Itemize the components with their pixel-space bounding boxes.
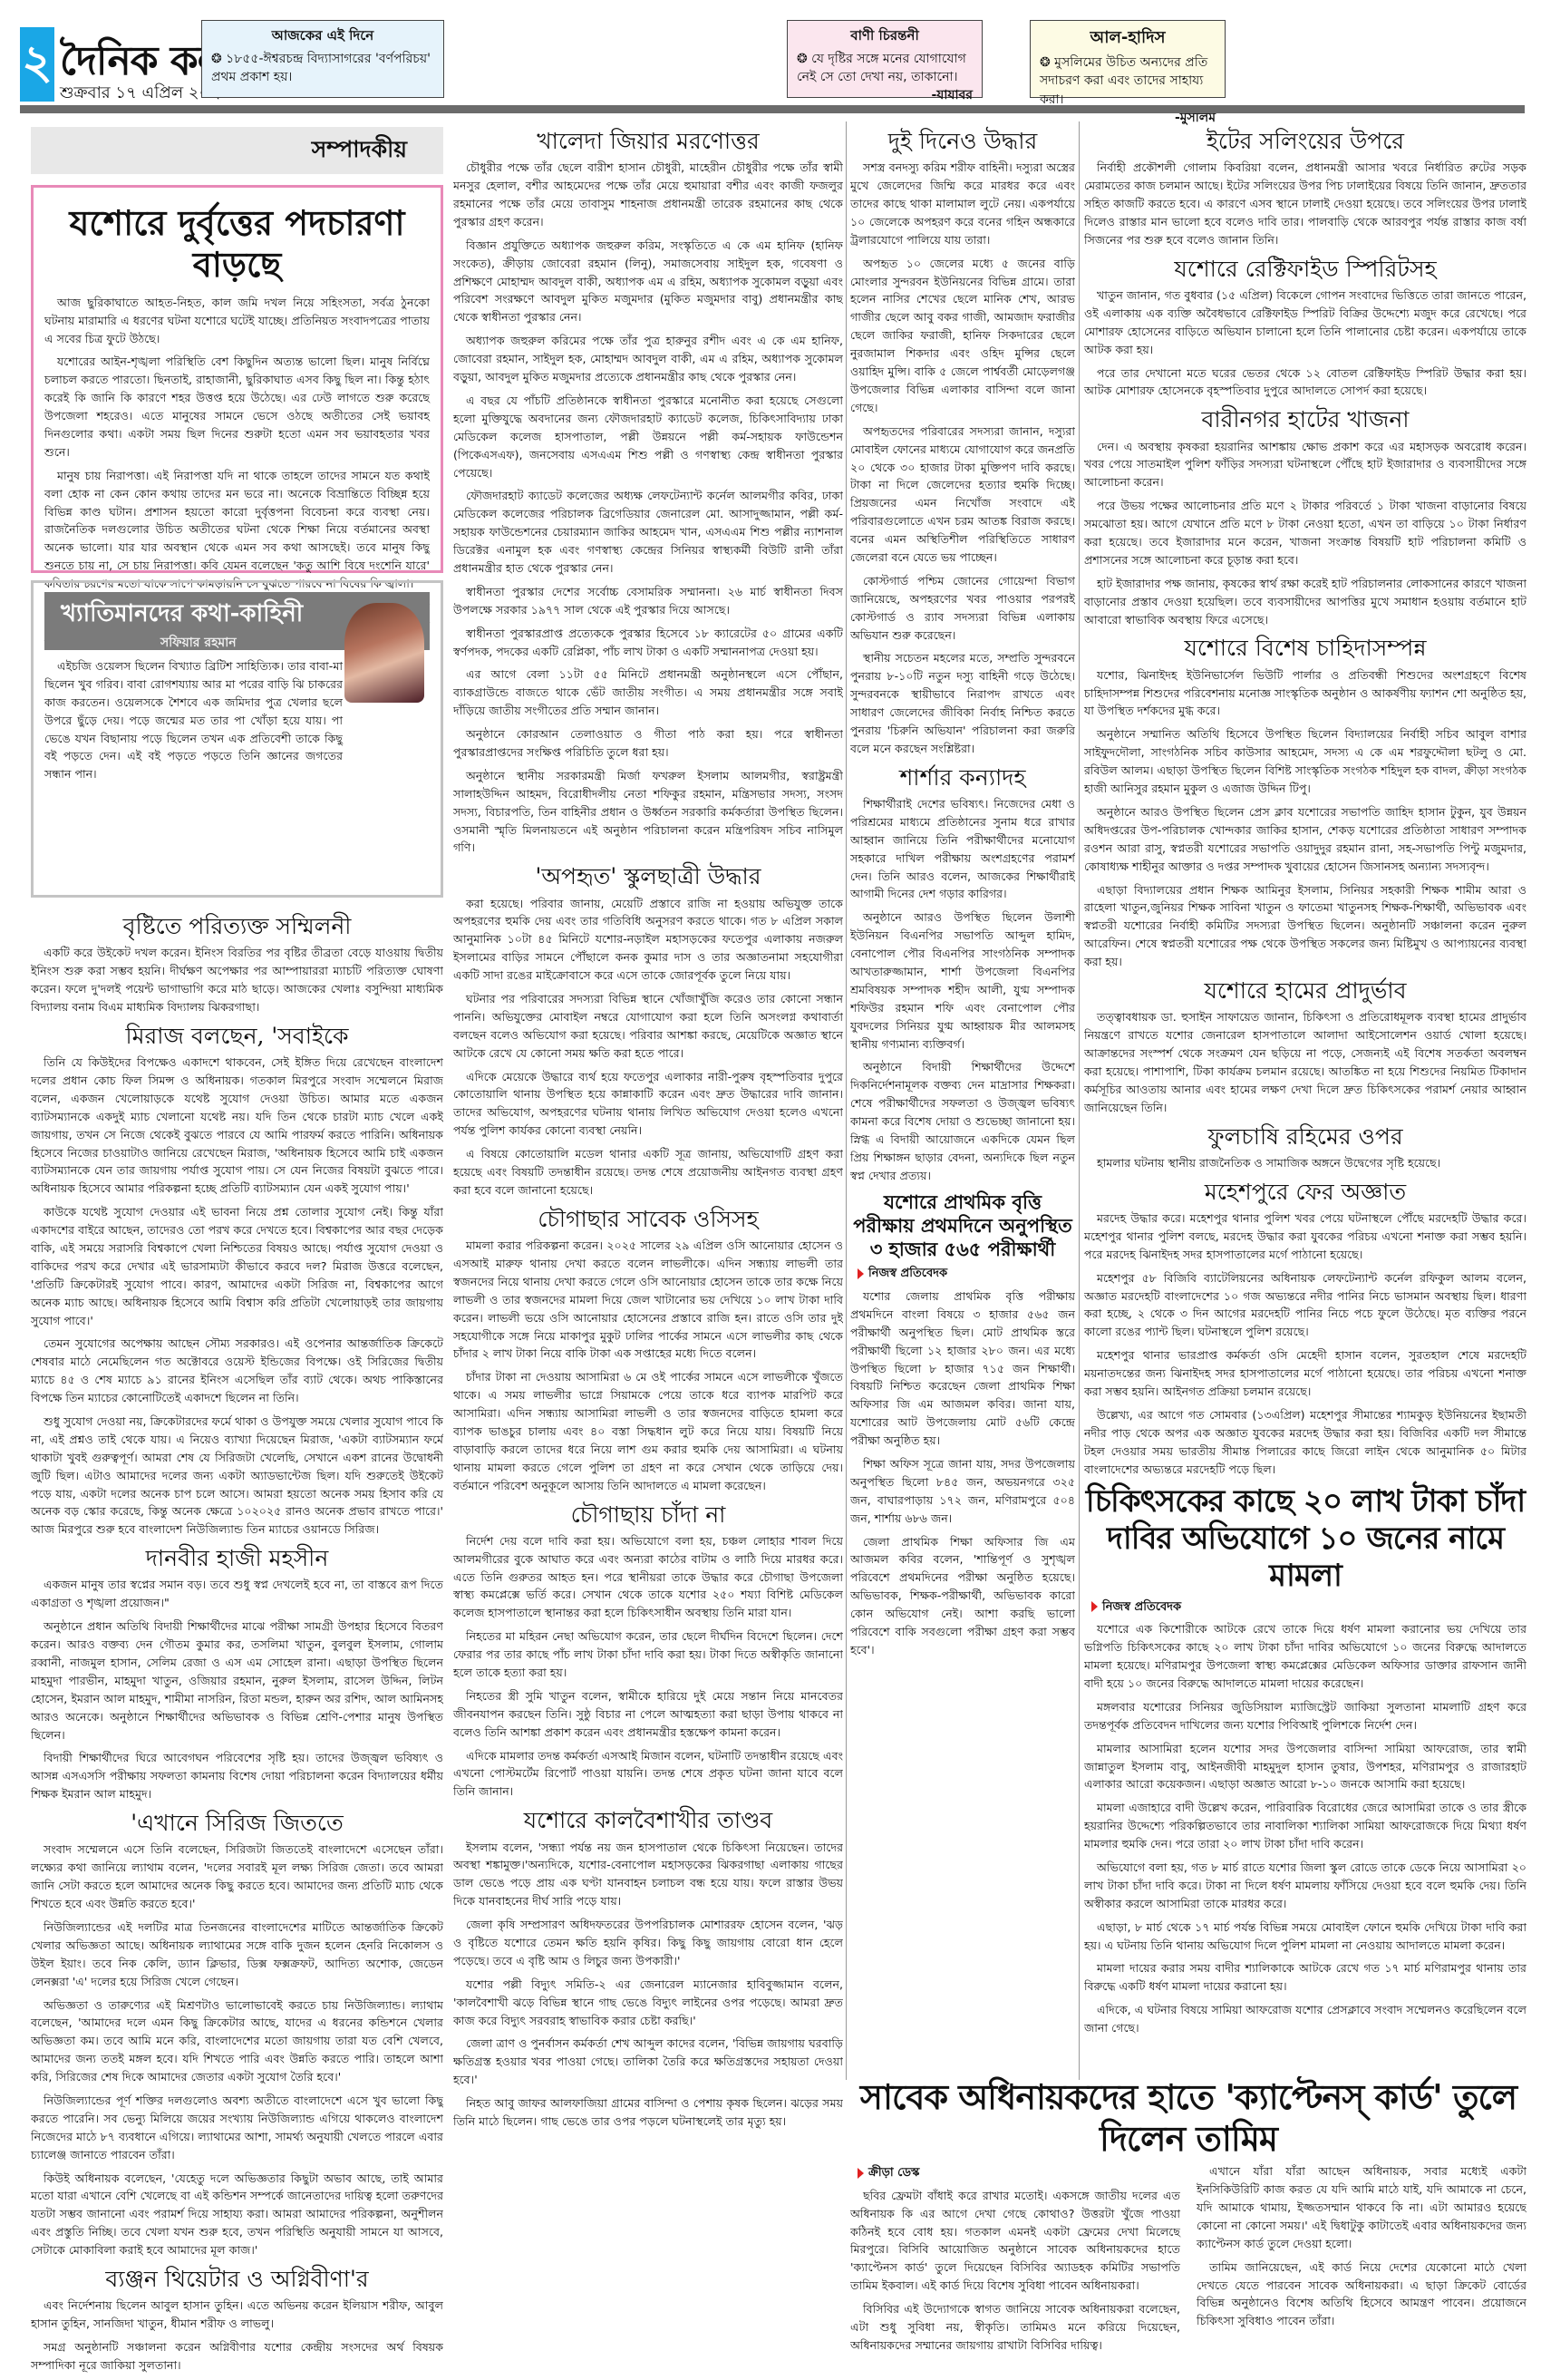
article: মহেশপুরে ফের অজ্ঞাত মরদেহ উদ্ধার করে। মহ… bbox=[1084, 1178, 1526, 1479]
editorial-headline: যশোরে দুর্বৃত্তের পদচারণা বাড়ছে bbox=[44, 202, 430, 287]
article-paragraph: তিনি যে কিউইদের বিপক্ষেও একাদশে থাকবেন, … bbox=[31, 1054, 443, 1198]
article-headline: বৃষ্টিতে পরিত্যক্ত সম্মিলনী bbox=[31, 912, 443, 940]
article: দানবীর হাজী মহসীন একজন মানুষ তার স্বপ্নে… bbox=[31, 1544, 443, 1803]
article-headline: মিরাজ বলছেন, 'সবাইকে bbox=[31, 1022, 443, 1050]
article-headline: যশোরে কালবৈশাখীর তাণ্ডব bbox=[453, 1806, 843, 1834]
article-paragraph: এখানে যাঁরা যাঁরা আছেন অধিনায়ক, সবার মধ… bbox=[1197, 2162, 1526, 2252]
article-paragraph: নির্দেশ দেয় বলে দাবি করা হয়। অভিযোগে ব… bbox=[453, 1532, 843, 1622]
editorial-paragraph: যশোরের আইন-শৃঙ্খলা পরিস্থিতি বেশ কিছুদিন… bbox=[44, 353, 430, 461]
article-paragraph: পরে উভয় পক্ষের আলোচনার প্রতি মণে ২ টাকা… bbox=[1084, 497, 1526, 569]
byline-marker-icon bbox=[858, 1268, 864, 1279]
article-paragraph: নিউজিল্যান্ডের এই দলটির মাত্র তিনজনের বা… bbox=[31, 1919, 443, 1991]
article-paragraph: খাতুন জানান, গত বুধবার (১৫ এপ্রিল) বিকেল… bbox=[1084, 287, 1526, 359]
article-headline: চৌগাছায় চাঁদা না bbox=[453, 1501, 843, 1529]
article: মিরাজ বলছেন, 'সবাইকে তিনি যে কিউইদের বিপ… bbox=[31, 1022, 443, 1539]
article-paragraph: নির্বাহী প্রকৌশলী গোলাম কিবরিয়া বলেন, প… bbox=[1084, 159, 1526, 248]
article-headline: দুই দিনেও উদ্ধার bbox=[850, 127, 1075, 155]
article-headline: ইটের সলিংয়ের উপরে bbox=[1084, 127, 1526, 155]
article-paragraph: চাঁদার টাকা না দেওয়ায় আসামিরা ৬ মে ওই … bbox=[453, 1368, 843, 1494]
masthead-divider bbox=[20, 105, 1525, 113]
article-paragraph: কাউকে যথেষ্ট সুযোগ দেওয়ার এই ভাবনা নিয়… bbox=[31, 1203, 443, 1329]
article-paragraph: এবং নির্দেশনায় ছিলেন আবুল হাসান তুহিন। … bbox=[31, 2297, 443, 2333]
article-paragraph: মঙ্গলবার যশোরের সিনিয়র জুডিসিয়াল ম্যাজ… bbox=[1084, 1698, 1526, 1734]
article: বৃষ্টিতে পরিত্যক্ত সম্মিলনী একটি করে উইক… bbox=[31, 912, 443, 1016]
article: শার্শার কন্যাদহ শিক্ষার্থীরাই দেশের ভবিষ… bbox=[850, 763, 1075, 1185]
article-headline: যশোরে রেক্টিফাইড স্পিরিটসহ bbox=[1084, 255, 1526, 283]
editorial-paragraph: আজ ছুরিকাঘাতে আহত-নিহত, কাল জমি দখল নিয়… bbox=[44, 294, 430, 348]
article-paragraph: ঘটনার পর পরিবারের সদস্যরা বিভিন্ন স্থানে… bbox=[453, 990, 843, 1063]
article-paragraph: দেন। এ অবস্থায় কৃষকরা হয়রানির আশঙ্কায়… bbox=[1084, 438, 1526, 492]
hadith-box-text: ❂ মুসলিমের উচিত অন্যদের প্রতি সদাচরণ করা… bbox=[1040, 53, 1216, 109]
article-headline: যশোরে হামের প্রাদুর্ভাব bbox=[1084, 976, 1526, 1005]
article-paragraph: এ বছর যে পাঁচটি প্রতিষ্ঠানকে স্বাধীনতা প… bbox=[453, 392, 843, 481]
column-1-articles: বৃষ্টিতে পরিত্যক্ত সম্মিলনী একটি করে উইক… bbox=[31, 907, 443, 2375]
article: 'এখানে সিরিজ জিততে সংবাদ সম্মেলনে এসে তি… bbox=[31, 1809, 443, 2259]
byline-text: নিজস্ব প্রতিবেদক bbox=[868, 1267, 947, 1280]
article: চৌগাছায় চাঁদা না নির্দেশ দেয় বলে দাবি … bbox=[453, 1501, 843, 1802]
article-byline: নিজস্ব প্রতিবেদক bbox=[858, 1265, 1075, 1284]
article-paragraph: নিউজিল্যান্ডের পূর্ণ শক্তির দলগুলোও অবশ্… bbox=[31, 2092, 443, 2164]
article-paragraph: বিদায়ী শিক্ষার্থীদের ঘিরে আবেগঘন পরিবেশ… bbox=[31, 1749, 443, 1803]
sports-feature: সাবেক অধিনায়কদের হাতে 'ক্যাপ্টেনস্ কার্… bbox=[850, 2076, 1526, 2375]
article-headline: যশোরে প্রাথমিক বৃত্তি পরীক্ষায় প্রথমদিন… bbox=[850, 1190, 1075, 1262]
article: ব্যঞ্জন থিয়েটার ও অগ্নিবীণা'র এবং নির্দ… bbox=[31, 2265, 443, 2375]
article-headline: মহেশপুরে ফের অজ্ঞাত bbox=[1084, 1178, 1526, 1206]
column-2-articles: খালেদা জিয়ার মরণোত্তর চৌধুরীর পক্ষে তাঁ… bbox=[453, 121, 843, 2375]
article-paragraph: অধ্যাপক জহুরুল করিমের পক্ষে তাঁর পুত্র হ… bbox=[453, 332, 843, 386]
article: যশোরে বিশেষ চাহিদাসম্পন্ন যশোর, ঝিনাইদহ … bbox=[1084, 634, 1526, 971]
article-paragraph: অপহৃতদের পরিবারের সদস্যরা জানান, দস্যুরা… bbox=[850, 423, 1075, 567]
article-paragraph: হাট ইজারাদার পক্ষ জানায়, কৃষকের স্বার্থ… bbox=[1084, 575, 1526, 629]
sports-feature-right: এখানে যাঁরা যাঁরা আছেন অধিনায়ক, সবার মধ… bbox=[1197, 2162, 1526, 2360]
article-paragraph: জেলা ত্রাণ ও পুনর্বাসন কর্মকর্তা শেখ আব্… bbox=[453, 2035, 843, 2089]
article: খালেদা জিয়ার মরণোত্তর চৌধুরীর পক্ষে তাঁ… bbox=[453, 127, 843, 857]
article-paragraph: অনুষ্ঠানে কোরআন তেলাওয়াত ও গীতা পাঠ করা… bbox=[453, 725, 843, 762]
article: যশোরে হামের প্রাদুর্ভাব তত্ত্বাবধায়ক ডা… bbox=[1084, 976, 1526, 1117]
article-headline: চিকিৎসকের কাছে ২০ লাখ টাকা চাঁদা দাবির অ… bbox=[1084, 1483, 1526, 1594]
quote-box: বাণী চিরন্তনী ❂ যে দৃষ্টির সঙ্গে মনের যো… bbox=[787, 20, 983, 98]
article: যশোরে রেক্টিফাইড স্পিরিটসহ খাতুন জানান, … bbox=[1084, 255, 1526, 401]
article-paragraph: তত্ত্বাবধায়ক ডা. হুসাইন সাফায়েত জানান,… bbox=[1084, 1008, 1526, 1116]
editorial-paragraph: মানুষ চায় নিরাপত্তা। এই নিরাপত্তা যদি ন… bbox=[44, 467, 430, 593]
article-paragraph: অপহৃত ১০ জেলের মধ্যে ৫ জনের বাড়ি মোংলার… bbox=[850, 255, 1075, 417]
article-paragraph: সংবাদ সম্মেলনে এসে তিনি বলেছেন, সিরিজটা … bbox=[31, 1841, 443, 1913]
article-paragraph: হামলার ঘটনায় স্থানীয় রাজনৈতিক ও সামাজি… bbox=[1084, 1154, 1526, 1172]
article-headline: ফুলচাষি রহিমের ওপর bbox=[1084, 1122, 1526, 1151]
article-paragraph: যশোর জেলায় প্রাথমিক বৃত্তি পরীক্ষায় প্… bbox=[850, 1287, 1075, 1450]
article-paragraph: কোস্টগার্ড পশ্চিম জোনের গোয়েন্দা বিভাগ … bbox=[850, 572, 1075, 645]
article-paragraph: যশোর, ঝিনাইদহ ইউনিভার্সেল ভিউটি পার্লার … bbox=[1084, 666, 1526, 721]
article-paragraph: এদিকে, এ ঘটনার বিষয়ে সামিয়া আফরোজ যশোর… bbox=[1084, 2001, 1526, 2037]
article: ফুলচাষি রহিমের ওপর হামলার ঘটনায় স্থানীয… bbox=[1084, 1122, 1526, 1172]
article-headline: খালেদা জিয়ার মরণোত্তর bbox=[453, 127, 843, 155]
column-4-articles: ইটের সলিংয়ের উপরে নির্বাহী প্রকৌশলী গোল… bbox=[1084, 121, 1526, 2071]
article-paragraph: মহেশপুর থানার ভারপ্রাপ্ত কর্মকর্তা ওসি ম… bbox=[1084, 1346, 1526, 1401]
article-headline: দানবীর হাজী মহসীন bbox=[31, 1544, 443, 1572]
today-in-history-box: আজকের এই দিনে ❂ ১৮৫৫-ঈশ্বরচন্দ্র বিদ্যাস… bbox=[201, 20, 444, 98]
article-paragraph: তেমন সুযোগের অপেক্ষায় আছেন সৌম্য সরকারও… bbox=[31, 1335, 443, 1407]
article-paragraph: মহেশপুর ৫৮ বিজিবি ব্যাটেলিয়নের অধিনায়ক… bbox=[1084, 1269, 1526, 1342]
article-paragraph: এদিকে মামলার তদন্ত কর্মকর্তা এসআই মিজান … bbox=[453, 1747, 843, 1802]
article: যশোরে প্রাথমিক বৃত্তি পরীক্ষায় প্রথমদিন… bbox=[850, 1190, 1075, 1659]
editorial-box: যশোরে দুর্বৃত্তের পদচারণা বাড়ছে আজ ছুরি… bbox=[31, 185, 443, 573]
article-paragraph: বিজ্ঞান প্রযুক্তিতে অধ্যাপক জহুরুল করিম,… bbox=[453, 237, 843, 326]
article-paragraph: মামলা এজাহারে বাদী উল্লেখ করেন, পারিবারি… bbox=[1084, 1799, 1526, 1853]
byline-marker-icon bbox=[1091, 1601, 1098, 1612]
today-box-text: ❂ ১৮৫৫-ঈশ্বরচন্দ্র বিদ্যাসাগরের 'বর্ণপরি… bbox=[211, 50, 434, 87]
article-paragraph: অভিযোগে বলা হয়, গত ৮ মার্চ রাতে যশোর জি… bbox=[1084, 1859, 1526, 1913]
article-paragraph: তামিম জানিয়েছেন, এই কার্ড নিয়ে দেশের য… bbox=[1197, 2259, 1526, 2331]
article-paragraph: অনুষ্ঠানে প্রধান অতিথি বিদায়ী শিক্ষার্থ… bbox=[31, 1617, 443, 1744]
article-headline: চৌগাছার সাবেক ওসিসহ bbox=[453, 1205, 843, 1233]
quote-box-text: ❂ যে দৃষ্টির সঙ্গে মনের যোগাযোগ নেই সে ত… bbox=[797, 50, 973, 87]
article-paragraph: অনুষ্ঠানে আরও উপস্থিত ছিলেন প্রেস ক্লাব … bbox=[1084, 803, 1526, 876]
article: দুই দিনেও উদ্ধার সশস্ত্র বনদস্যু করিম শর… bbox=[850, 127, 1075, 758]
article-paragraph: এ বিষয়ে কোতোয়ালি মডেল থানার একটি সূত্র… bbox=[453, 1145, 843, 1200]
article-paragraph: অনুষ্ঠানে সম্মানিত অতিথি হিসেবে উপস্থিত … bbox=[1084, 725, 1526, 798]
article-paragraph: শিক্ষার্থীরাই দেশের ভবিষ্যৎ। নিজেদের মেধ… bbox=[850, 795, 1075, 903]
quote-box-source: -যাযাবর bbox=[797, 86, 973, 104]
article-paragraph: নিহতের মা মহিরন নেছা অভিযোগ করেন, তার ছে… bbox=[453, 1627, 843, 1682]
article-headline: শার্শার কন্যাদহ bbox=[850, 763, 1075, 792]
column-rule bbox=[1079, 121, 1080, 2080]
sports-feature-headline: সাবেক অধিনায়কদের হাতে 'ক্যাপ্টেনস্ কার্… bbox=[850, 2076, 1526, 2159]
column-feature-box: খ্যাতিমানদের কথা-কাহিনী সফিয়ার রহমান এই… bbox=[31, 580, 443, 898]
column-header: খ্যাতিমানদের কথা-কাহিনী সফিয়ার রহমান bbox=[44, 592, 430, 650]
article-paragraph: যশোরে এক কিশোরীকে আটকে রেখে তাকে দিয়ে ধ… bbox=[1084, 1620, 1526, 1693]
column-3-articles: দুই দিনেও উদ্ধার সশস্ত্র বনদস্যু করিম শর… bbox=[850, 121, 1075, 2071]
article-paragraph: মামলার আসামিরা হলেন যশোর সদর উপজেলার বাস… bbox=[1084, 1740, 1526, 1794]
article: বারীনগর হাটের খাজনা দেন। এ অবস্থায় কৃষক… bbox=[1084, 405, 1526, 628]
hadith-box: আল-হাদিস ❂ মুসলিমের উচিত অন্যদের প্রতি স… bbox=[1030, 20, 1226, 98]
article-headline: 'অপহৃত' স্কুলছাত্রী উদ্ধার bbox=[453, 862, 843, 890]
article-paragraph: কিউই অধিনায়ক বলেছেন, 'যেহেতু দলে অভিজ্ঞ… bbox=[31, 2170, 443, 2259]
page-number-badge: ২ bbox=[20, 27, 54, 102]
article-paragraph: এছাড়া বিদ্যালয়ের প্রধান শিক্ষক আমিনুর … bbox=[1084, 881, 1526, 971]
column-rule bbox=[846, 121, 847, 2080]
article-paragraph: যশোর পল্লী বিদ্যুৎ সমিতি-২ এর জেনারেল ম্… bbox=[453, 1976, 843, 2030]
article-paragraph: সমগ্র অনুষ্ঠানটি সঞ্চালনা করেন অগ্নিবীণা… bbox=[31, 2338, 443, 2375]
article: চিকিৎসকের কাছে ২০ লাখ টাকা চাঁদা দাবির অ… bbox=[1084, 1483, 1526, 2037]
article-paragraph: ছবির ফ্রেমটা বাঁধাই করে রাখার মতোই। একসঙ… bbox=[850, 2187, 1180, 2295]
article-paragraph: একটি করে উইকেট দখল করেন। ইনিংস বিরতির পর… bbox=[31, 944, 443, 1016]
hadith-box-title: আল-হাদিস bbox=[1040, 26, 1216, 50]
article-paragraph: অনুষ্ঠানে বিদায়ী শিক্ষার্থীদের উদ্দেশে … bbox=[850, 1058, 1075, 1184]
article-paragraph: সশস্ত্র বনদস্যু করিম শরীফ বাহিনী। দস্যুর… bbox=[850, 159, 1075, 248]
article-paragraph: এদিকে মেয়েকে উদ্ধারে ব্যর্থ হয়ে ফতেপুর… bbox=[453, 1068, 843, 1141]
article-paragraph: শিক্ষা অফিস সূত্রে জানা যায়, সদর উপজেলা… bbox=[850, 1455, 1075, 1528]
article-paragraph: মামলা করার পরিকল্পনা করেন। ২০২৫ সালের ২৯… bbox=[453, 1237, 843, 1363]
article-paragraph: চৌধুরীর পক্ষে তাঁর ছেলে বারীশ হাসান চৌধু… bbox=[453, 159, 843, 231]
article-headline: বারীনগর হাটের খাজনা bbox=[1084, 405, 1526, 433]
article-headline: যশোরে বিশেষ চাহিদাসম্পন্ন bbox=[1084, 634, 1526, 662]
article-paragraph: ইসলাম বলেন, 'সন্ধ্যা পর্যন্ত নয় জন হাসপ… bbox=[453, 1839, 843, 1911]
article-paragraph: নিহতের স্ত্রী সুমি খাতুন বলেন, স্বামীকে … bbox=[453, 1687, 843, 1742]
article-paragraph: স্বাধীনতা পুরস্কার দেশের সর্বোচ্চ বেসামর… bbox=[453, 583, 843, 619]
article-paragraph: এর আগে বেলা ১১টা ৫৫ মিনিটে প্রধানমন্ত্রী… bbox=[453, 665, 843, 720]
article-paragraph: স্বাধীনতা পুরস্কারপ্রাপ্ত প্রত্যেককে পুর… bbox=[453, 625, 843, 661]
sports-feature-left: ক্রীড়া ডেস্ক ছবির ফ্রেমটা বাঁধাই করে রা… bbox=[850, 2162, 1180, 2360]
article-paragraph: নিহত আবু জাফর আলফাজিয়া গ্রামের বাসিন্দা… bbox=[453, 2094, 843, 2131]
byline-text: নিজস্ব প্রতিবেদক bbox=[1102, 1600, 1181, 1614]
article-paragraph: অভিজ্ঞতা ও তারুণ্যের এই মিশ্রণটাও ভালোভা… bbox=[31, 1996, 443, 2086]
article-paragraph: উল্লেখ্য, এর আগে গত সোমবার (১৩এপ্রিল) মহ… bbox=[1084, 1406, 1526, 1479]
article: 'অপহৃত' স্কুলছাত্রী উদ্ধার করা হয়েছে। প… bbox=[453, 862, 843, 1200]
article-paragraph: পরে তার দেখানো মতে ঘরের ভেতর থেকে ১২ বোত… bbox=[1084, 364, 1526, 401]
byline-marker-icon bbox=[858, 2168, 864, 2179]
article: ইটের সলিংয়ের উপরে নির্বাহী প্রকৌশলী গোল… bbox=[1084, 127, 1526, 249]
article-paragraph: এছাড়া, ৮ মার্চ থেকে ১৭ মার্চ পর্যন্ত বি… bbox=[1084, 1919, 1526, 1955]
author-portrait-image bbox=[344, 603, 424, 703]
article-byline: নিজস্ব প্রতিবেদক bbox=[1091, 1598, 1526, 1617]
article-paragraph: একজন মানুষ তার স্বপ্নের সমান বড়। তবে শু… bbox=[31, 1576, 443, 1612]
today-box-title: আজকের এই দিনে bbox=[211, 26, 434, 46]
article-headline: ব্যঞ্জন থিয়েটার ও অগ্নিবীণা'র bbox=[31, 2265, 443, 2293]
article-byline: ক্রীড়া ডেস্ক bbox=[858, 2164, 1180, 2183]
article: চৌগাছার সাবেক ওসিসহ মামলা করার পরিকল্পনা… bbox=[453, 1205, 843, 1495]
article: যশোরে কালবৈশাখীর তাণ্ডব ইসলাম বলেন, 'সন্… bbox=[453, 1806, 843, 2131]
article-paragraph: বিসিবির এই উদ্যোগকে স্বাগত জানিয়ে সাবেক… bbox=[850, 2300, 1180, 2355]
section-label-editorial: সম্পাদকীয় bbox=[31, 127, 443, 174]
article-paragraph: মামলা দায়ের করার সময় বাদীর শ্যালিকাকে … bbox=[1084, 1959, 1526, 1996]
article-paragraph: অনুষ্ঠানে আরও উপস্থিত ছিলেন উলাশী ইউনিয়… bbox=[850, 908, 1075, 1053]
article-headline: 'এখানে সিরিজ জিততে bbox=[31, 1809, 443, 1837]
article-paragraph: জেলা প্রাথমিক শিক্ষা অফিসার জি এম আজমল ক… bbox=[850, 1533, 1075, 1659]
article-paragraph: শুধু সুযোগ দেওয়া নয়, ক্রিকেটারদের ফর্ম… bbox=[31, 1413, 443, 1539]
article-paragraph: মরদেহ উদ্ধার করে। মহেশপুর থানার পুলিশ খব… bbox=[1084, 1209, 1526, 1264]
article-paragraph: অনুষ্ঠানে স্থানীয় সরকারমন্ত্রী মির্জা ফ… bbox=[453, 767, 843, 857]
quote-box-title: বাণী চিরন্তনী bbox=[797, 26, 973, 46]
article-paragraph: করা হয়েছে। পরিবার জানায়, মেয়েটি প্রস্… bbox=[453, 895, 843, 985]
article-paragraph: ফৌজদারহাট ক্যাডেট কলেজের অধ্যক্ষ লেফটেন্… bbox=[453, 487, 843, 577]
article-paragraph: জেলা কৃষি সম্প্রসারণ অধিদফতরের উপপরিচালক… bbox=[453, 1916, 843, 1970]
byline-text: ক্রীড়া ডেস্ক bbox=[868, 2166, 919, 2180]
article-paragraph: স্থানীয় সচেতন মহলের মতে, সম্প্রতি সুন্দ… bbox=[850, 649, 1075, 757]
